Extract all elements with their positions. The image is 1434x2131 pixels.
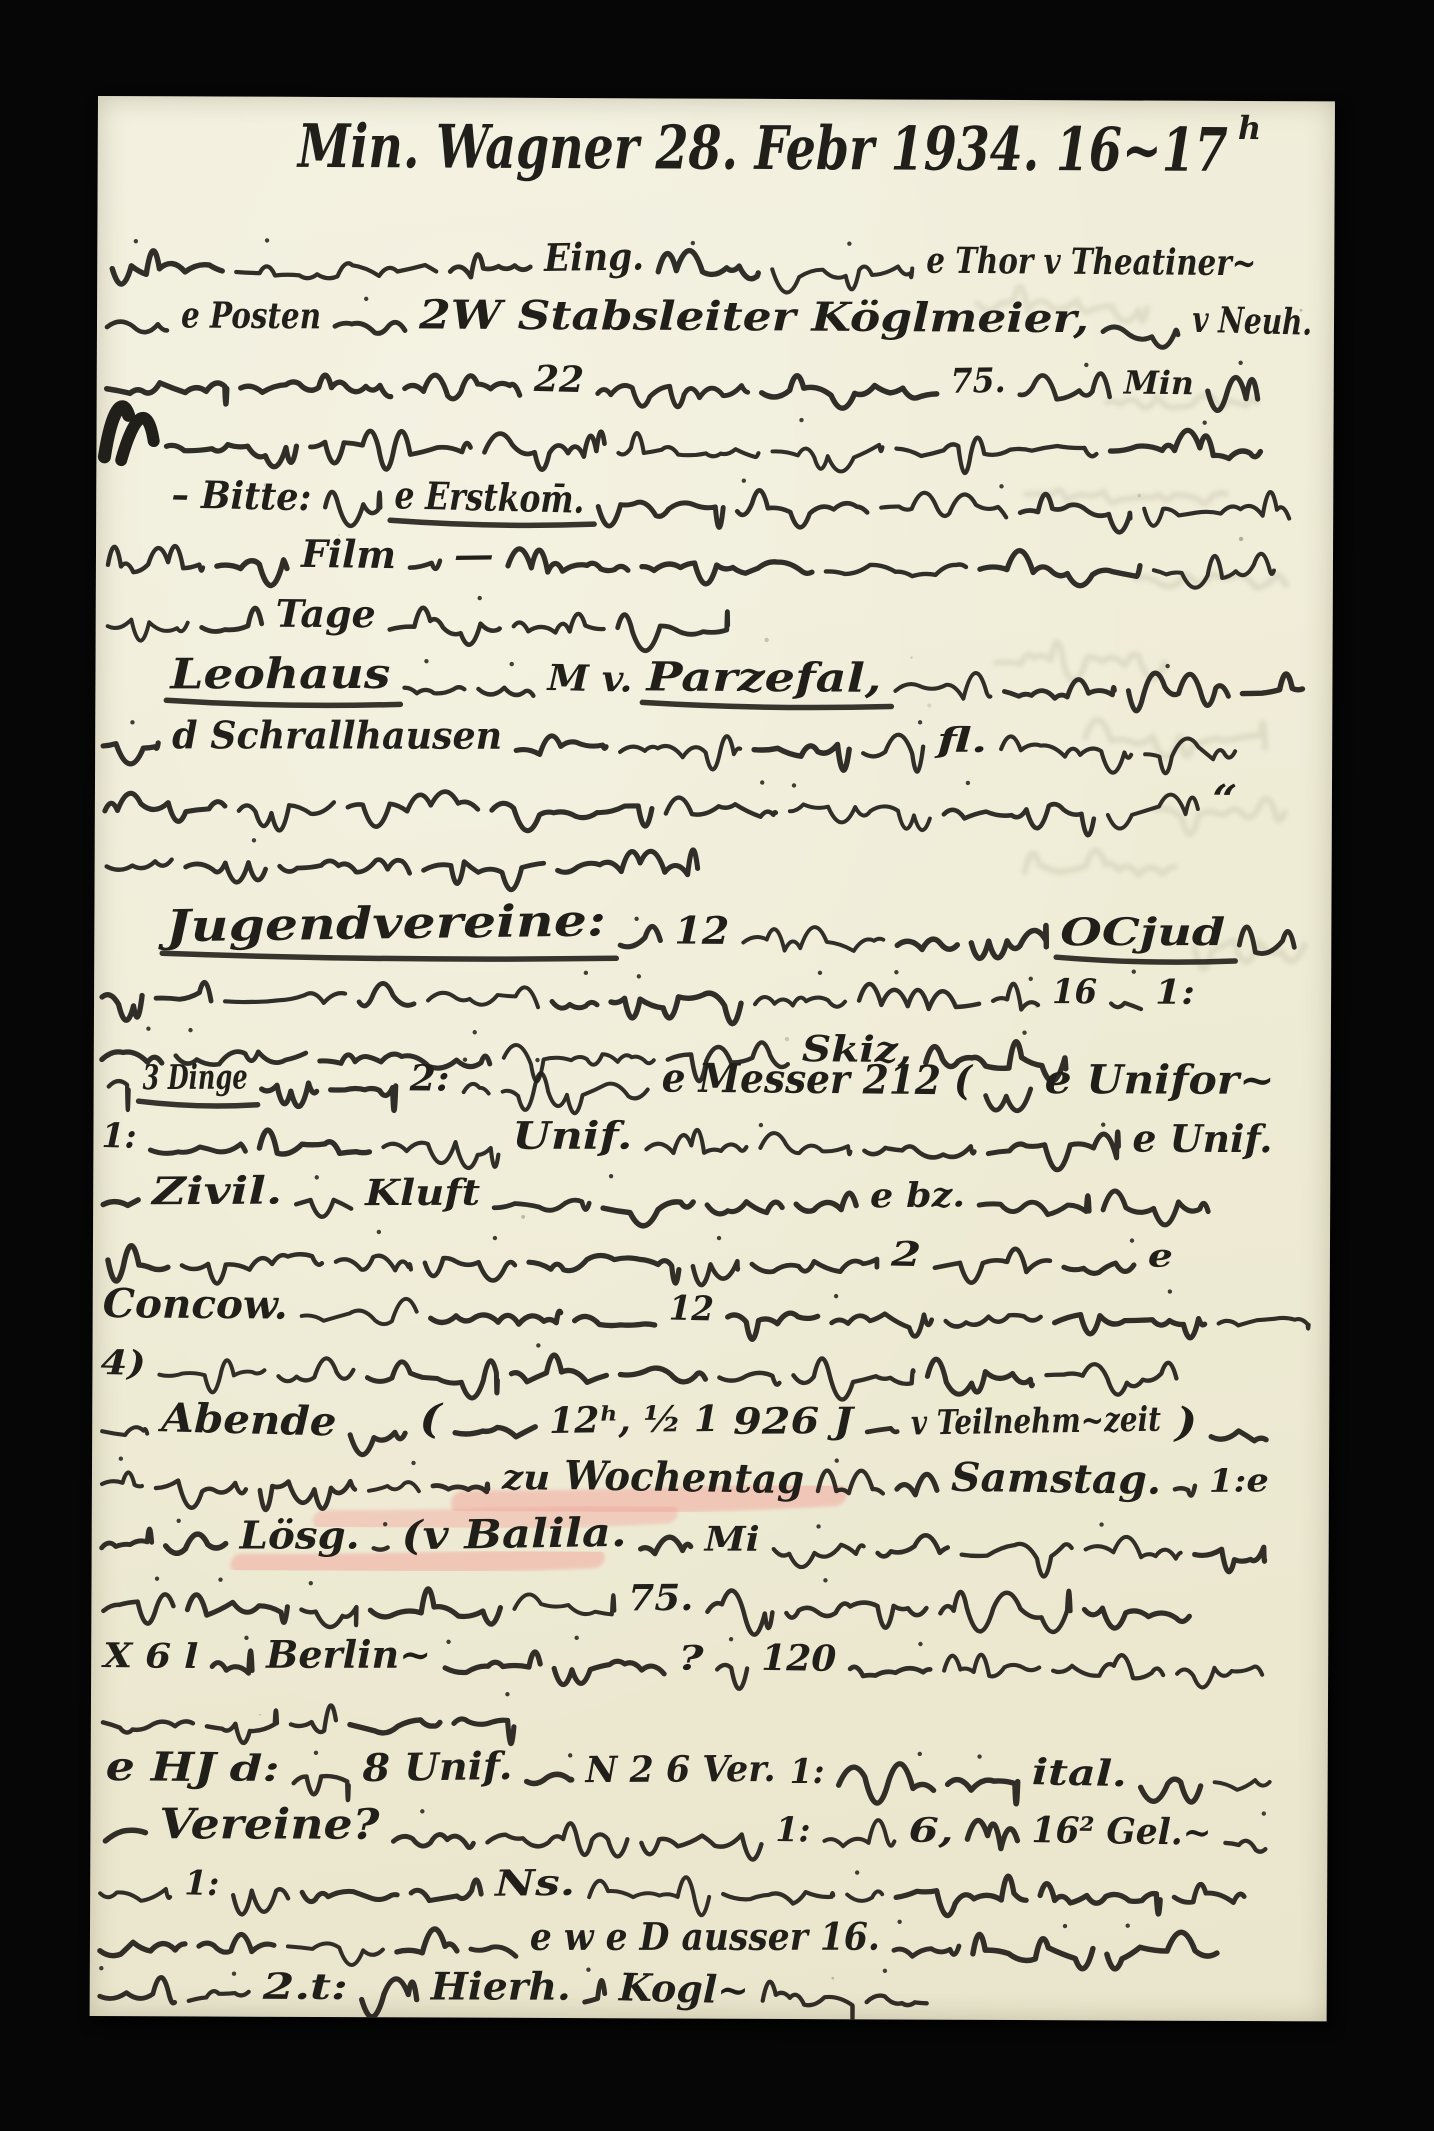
legible-word: Unif. <box>512 1113 632 1158</box>
shorthand-dot <box>918 1752 922 1756</box>
shorthand-scribble <box>503 1073 648 1114</box>
shorthand-scribble <box>881 493 1006 518</box>
legible-word: Jugendvereine: <box>157 895 606 952</box>
shorthand-scribble <box>1046 1362 1176 1395</box>
shorthand-scribble <box>105 1830 145 1841</box>
shorthand-scribble <box>980 550 1140 585</box>
legible-word: Tage <box>276 591 376 636</box>
shorthand-scribble <box>445 1652 540 1673</box>
shorthand-scribble <box>370 1589 500 1625</box>
shorthand-scribble <box>102 1472 142 1486</box>
shorthand-dot <box>823 1578 827 1582</box>
shorthand-scribble <box>641 1834 761 1859</box>
shorthand-dot <box>691 241 695 245</box>
shorthand-scribble <box>707 1202 782 1215</box>
shorthand-scribble <box>455 1426 535 1436</box>
shorthand-dot <box>383 1522 387 1526</box>
paper-speck <box>1300 309 1303 312</box>
shorthand-dot <box>1126 1924 1130 1928</box>
legible-word: Zivil. <box>150 1168 283 1214</box>
shorthand-dot <box>1099 1522 1103 1526</box>
shorthand-dot <box>816 1524 820 1528</box>
legible-word: e Erstkom̄. <box>394 472 585 522</box>
paper-speck <box>264 483 267 486</box>
scan-frame: Min. Wagner 28. Febr 1934. 16~17 h Eing.… <box>0 0 1434 2131</box>
shorthand-scribble <box>529 1255 679 1283</box>
shorthand-dot <box>609 1174 613 1178</box>
shorthand-scribble <box>166 1534 226 1554</box>
shorthand-dot <box>966 781 970 785</box>
legible-word: OCjud <box>1060 909 1225 954</box>
shorthand-scribble <box>1141 1779 1201 1802</box>
manuscript-page: Min. Wagner 28. Febr 1934. 16~17 h Eing.… <box>90 96 1335 2021</box>
legible-word: 8 Unif. <box>361 1743 513 1790</box>
shorthand-scribble <box>262 1083 317 1107</box>
shorthand-dot <box>364 297 368 301</box>
shorthand-dot <box>478 596 482 600</box>
legible-word: 2W Stabsleiter Köglmeier, <box>418 291 1089 342</box>
shorthand-scribble <box>967 1820 1017 1848</box>
shorthand-scribble <box>896 1876 1026 1916</box>
legible-word: e Unif. <box>1132 1116 1272 1162</box>
shorthand-scribble <box>603 1202 693 1226</box>
shorthand-scribble <box>202 608 262 632</box>
legible-word: 75. <box>628 1577 693 1619</box>
legible-word: 1: <box>1155 973 1195 1013</box>
legible-word: N 2 6 Ver. <box>584 1748 775 1791</box>
shorthand-scribble <box>182 1254 322 1284</box>
shorthand-scribble <box>260 1481 355 1510</box>
paper-speck <box>1239 537 1243 541</box>
legible-word: 12 <box>668 1289 714 1330</box>
shorthand-scribble <box>241 375 391 397</box>
shorthand-scribble <box>150 1144 245 1154</box>
shorthand-scribble <box>1219 1318 1309 1329</box>
shorthand-dot <box>834 1294 838 1298</box>
shorthand-scribble <box>796 1193 856 1211</box>
shorthand-scribble <box>940 1590 1070 1632</box>
shorthand-scribble <box>763 1982 853 2022</box>
shorthand-dot <box>130 720 134 724</box>
legible-word: e <box>1148 1237 1173 1275</box>
legible-word: — <box>453 534 494 577</box>
shorthand-scribble <box>464 1084 489 1094</box>
shorthand-scribble <box>863 735 923 772</box>
shorthand-scribble <box>511 1355 606 1383</box>
legible-word: 1: <box>101 1116 137 1157</box>
shorthand-dot <box>760 780 764 784</box>
shorthand-dot <box>1262 1811 1266 1815</box>
shorthand-scribble <box>102 1529 152 1548</box>
shorthand-scribble <box>100 1889 170 1901</box>
shorthand-scribble <box>107 322 167 333</box>
shorthand-dot <box>729 1637 733 1641</box>
shorthand-scribble <box>166 444 296 467</box>
shorthand-scribble <box>585 1980 605 2002</box>
shorthand-scribble <box>217 560 287 586</box>
shorthand-scribble <box>425 1258 515 1281</box>
shorthand-scribble <box>302 1891 397 1902</box>
bold-ink-mark <box>121 418 154 460</box>
legible-word: M v. <box>545 657 633 701</box>
legible-word: Ns. <box>494 1862 576 1905</box>
shorthand-dot <box>1132 970 1136 974</box>
shorthand-scribble <box>847 1891 882 1901</box>
shorthand-scribble <box>552 1001 597 1008</box>
shorthand-scribble <box>1040 1884 1160 1914</box>
shorthand-scribble <box>620 926 660 947</box>
shorthand-scribble <box>404 687 464 694</box>
shorthand-scribble <box>159 1360 264 1393</box>
shorthand-dot <box>855 1870 859 1874</box>
shorthand-dot <box>883 1969 887 1973</box>
shorthand-scribble <box>212 1651 252 1674</box>
shorthand-dot <box>1130 1238 1134 1242</box>
shorthand-scribble <box>719 1373 779 1385</box>
shorthand-dot <box>792 783 796 787</box>
shorthand-dot <box>377 1230 381 1234</box>
shorthand-scribble <box>641 1537 691 1554</box>
legible-word: Samstag. <box>951 1454 1162 1504</box>
shorthand-scribble <box>832 1314 932 1337</box>
shorthand-scribble <box>186 862 266 882</box>
shorthand-dot <box>586 1967 590 1971</box>
shorthand-scribble <box>508 549 628 573</box>
shorthand-scribble <box>878 1535 948 1557</box>
shorthand-dot <box>1238 361 1242 365</box>
shorthand-scribble <box>350 1720 440 1734</box>
shorthand-dot <box>244 1636 248 1640</box>
shorthand-scribble <box>369 1482 419 1491</box>
shorthand-dot <box>999 484 1003 488</box>
shorthand-scribble <box>383 1142 498 1168</box>
paper-speck <box>785 1037 789 1041</box>
legible-word: – Bitte: <box>171 471 312 519</box>
shorthand-scribble <box>102 995 142 1021</box>
shorthand-scribble <box>405 375 520 399</box>
shorthand-scribble <box>156 1480 246 1508</box>
shorthand-dot <box>634 917 638 921</box>
shorthand-scribble <box>666 798 776 817</box>
shorthand-dot <box>535 1058 539 1062</box>
shorthand-dot <box>309 1581 313 1585</box>
legible-word: fl. <box>933 721 987 761</box>
shorthand-dot <box>1063 1924 1067 1928</box>
shorthand-scribble <box>280 859 410 873</box>
shorthand-scribble <box>935 1249 1050 1284</box>
shorthand-scribble <box>291 1705 336 1732</box>
shorthand-scribble <box>199 1934 274 1952</box>
paper-speck <box>831 1977 834 1980</box>
shorthand-scribble <box>1215 1780 1270 1790</box>
shorthand-scribble <box>296 1200 351 1217</box>
shorthand-dot <box>799 418 803 422</box>
shorthand-scribble <box>575 1316 655 1325</box>
shorthand-scribble <box>1174 1884 1244 1902</box>
shorthand-scribble <box>1208 377 1258 410</box>
shorthand-scribble <box>239 802 334 831</box>
shorthand-scribble <box>646 1130 746 1154</box>
shorthand-scribble <box>411 1880 481 1901</box>
shorthand-dot <box>493 1236 497 1240</box>
shorthand-scribble <box>896 437 1096 473</box>
shorthand-scribble <box>103 1721 193 1733</box>
shorthand-scribble <box>335 322 405 333</box>
shorthand-scribble <box>103 1200 138 1206</box>
shorthand-scribble <box>189 1991 249 2001</box>
paper-speck <box>521 1215 525 1219</box>
legible-word: 2: <box>409 1057 450 1099</box>
legible-word: 3 Dinge <box>142 1057 247 1098</box>
legible-word: X 6 l <box>101 1636 199 1677</box>
legible-word: ) <box>1173 1399 1198 1446</box>
legible-word: Mi <box>704 1520 760 1560</box>
shorthand-scribble <box>962 1544 1072 1577</box>
shorthand-dot <box>759 1123 763 1127</box>
shorthand-dot <box>1029 977 1033 981</box>
shorthand-dot <box>584 971 588 975</box>
legible-word: Hierh. <box>430 1963 571 2008</box>
shorthand-scribble <box>516 736 606 755</box>
shorthand-scribble <box>278 1358 353 1381</box>
shorthand-scribble <box>207 1710 277 1743</box>
paper-speck <box>1035 1004 1039 1008</box>
shorthand-dot <box>1084 363 1088 367</box>
shorthand-scribble <box>867 1996 927 2006</box>
shorthand-dot <box>847 241 851 245</box>
shorthand-scribble <box>895 673 990 699</box>
shorthand-scribble <box>109 1081 129 1110</box>
bleed-through-mark <box>1026 490 1226 504</box>
shorthand-dot <box>1101 1122 1105 1126</box>
shorthand-scribble <box>105 793 225 821</box>
shorthand-scribble <box>1177 1666 1262 1687</box>
shorthand-scribble <box>288 1943 383 1965</box>
shorthand-scribble <box>527 1774 572 1783</box>
shorthand-scribble <box>760 1133 850 1154</box>
shorthand-scribble <box>410 561 440 569</box>
shorthand-scribble <box>331 1086 396 1111</box>
shorthand-scribble <box>897 939 957 950</box>
shorthand-scribble <box>611 993 741 1024</box>
legible-word: v Neuh. <box>1192 299 1313 344</box>
shorthand-dot <box>1168 1289 1172 1293</box>
shorthand-scribble <box>986 1089 1031 1111</box>
shorthand-dot <box>473 1030 477 1034</box>
word-underline <box>139 1101 258 1106</box>
shorthand-dot <box>637 974 641 978</box>
shorthand-scribble <box>108 1246 168 1282</box>
shorthand-dot <box>574 1636 578 1640</box>
word-underline <box>162 953 616 959</box>
shorthand-scribble <box>755 997 845 1007</box>
legible-word: ? <box>678 1639 705 1680</box>
shorthand-dot <box>835 1458 839 1462</box>
shorthand-scribble <box>236 263 436 279</box>
shorthand-scribble <box>302 1298 417 1324</box>
legible-word: 1:e <box>1209 1461 1269 1500</box>
shorthand-scribble <box>772 266 912 293</box>
shorthand-dot <box>717 1236 721 1240</box>
shorthand-scribble <box>367 1360 497 1398</box>
shorthand-scribble <box>754 744 849 770</box>
shorthand-scribble <box>103 743 158 764</box>
legible-word: Wochentag <box>564 1452 805 1503</box>
shorthand-scribble <box>894 1946 959 1957</box>
shorthand-scribble <box>707 1590 772 1634</box>
shorthand-scribble <box>723 1892 833 1904</box>
shorthand-scribble <box>1103 327 1178 348</box>
shorthand-dot <box>315 1175 319 1179</box>
shorthand-scribble <box>1086 1537 1181 1559</box>
shorthand-scribble <box>103 1594 173 1624</box>
shorthand-scribble <box>107 859 172 870</box>
shorthand-dot <box>894 970 898 974</box>
bleed-through-mark <box>1025 850 1175 875</box>
shorthand-dot <box>411 1461 415 1465</box>
shorthand-dot <box>818 971 822 975</box>
shorthand-scribble <box>294 1776 349 1800</box>
shorthand-dot <box>265 238 269 242</box>
legible-word: zu <box>501 1458 551 1499</box>
shorthand-scribble <box>979 1195 1089 1215</box>
shorthand-dot <box>1022 1030 1026 1034</box>
shorthand-scribble <box>1211 1431 1266 1441</box>
legible-word: 1: <box>775 1810 811 1851</box>
shorthand-scribble <box>478 688 533 696</box>
legible-word: d Schrallhausen <box>172 712 502 757</box>
shorthand-scribble <box>839 1764 934 1804</box>
shorthand-scribble <box>310 431 470 470</box>
bleed-through-mark <box>1136 574 1286 588</box>
shorthand-scribble <box>487 1823 627 1857</box>
shorthand-scribble <box>112 251 222 285</box>
legible-word: e Thor v Theatiner~ <box>926 240 1256 285</box>
paper-speck <box>1137 494 1141 498</box>
shorthand-dot <box>99 1966 103 1970</box>
legible-word: 1: <box>184 1863 220 1904</box>
shorthand-scribble <box>454 1719 514 1744</box>
bleed-through-mark <box>995 642 1165 681</box>
shorthand-scribble <box>793 1358 913 1399</box>
legible-word: 120 <box>761 1637 837 1680</box>
shorthand-scribble <box>944 804 1094 835</box>
legible-word: e HJ <box>106 1743 220 1791</box>
legible-word: Min <box>1123 363 1194 402</box>
shorthand-scribble <box>790 804 930 830</box>
legible-word: 926 J <box>733 1400 856 1443</box>
shorthand-scribble <box>973 1934 1093 1968</box>
shorthand-scribble <box>1110 430 1260 459</box>
shorthand-dot <box>1202 421 1206 425</box>
shorthand-scribble <box>554 1661 664 1685</box>
shorthand-scribble <box>948 1780 1018 1804</box>
shorthand-scribble <box>514 1594 614 1614</box>
shorthand-dot <box>510 662 514 666</box>
legible-word: 12ʰ, ½ 1 <box>549 1398 719 1442</box>
shorthand-scribble <box>1055 1314 1205 1337</box>
shorthand-dot <box>897 1920 901 1924</box>
shorthand-scribble <box>301 1607 356 1627</box>
shorthand-scribble <box>927 1359 1032 1394</box>
legible-word: Eing. <box>543 233 645 280</box>
shorthand-scribble <box>359 983 414 1006</box>
shorthand-scribble <box>424 862 544 890</box>
handwriting-layer: Min. Wagner 28. Febr 1934. 16~17 h Eing.… <box>90 96 1335 2021</box>
shorthand-scribble <box>336 1255 411 1270</box>
shorthand-scribble <box>393 1834 473 1847</box>
shorthand-scribble <box>100 1977 175 2003</box>
shorthand-scribble <box>492 803 652 831</box>
legible-word: Leohaus <box>169 649 390 698</box>
shorthand-scribble <box>187 1595 287 1623</box>
shorthand-scribble <box>325 492 380 526</box>
shorthand-scribble <box>598 502 723 527</box>
legible-word: Abende <box>157 1394 337 1445</box>
shorthand-dot <box>252 838 256 842</box>
legible-word: 22 <box>533 358 585 401</box>
shorthand-scribble <box>1175 1486 1195 1496</box>
legible-word: Kogl~ <box>617 1964 749 2012</box>
shorthand-scribble <box>504 1045 654 1082</box>
shorthand-scribble <box>450 254 530 277</box>
shorthand-dot <box>188 1028 192 1032</box>
legible-word: 4) <box>100 1343 146 1384</box>
shorthand-scribble <box>1107 1932 1217 1969</box>
legible-word: 2 <box>889 1234 921 1275</box>
shorthand-scribble <box>589 1877 709 1915</box>
shorthand-scribble <box>494 1200 589 1211</box>
shorthand-scribble <box>859 984 979 1009</box>
shorthand-scribble <box>867 1428 897 1432</box>
shorthand-scribble <box>1064 1263 1134 1274</box>
shorthand-scribble <box>642 561 812 584</box>
shorthand-scribble <box>752 1258 877 1272</box>
shorthand-scribble <box>100 1942 185 1956</box>
shorthand-scribble <box>618 611 728 651</box>
shorthand-dot <box>536 1343 540 1347</box>
shorthand-scribble <box>362 1979 417 2017</box>
shorthand-dot <box>918 720 922 724</box>
shorthand-scribble <box>397 1929 457 1953</box>
shorthand-scribble <box>737 490 867 527</box>
shorthand-scribble <box>558 849 698 874</box>
shorthand-scribble <box>514 614 604 633</box>
shorthand-scribble <box>618 433 758 457</box>
ink-layer: Min. Wagner 28. Febr 1934. 16~17 h Eing.… <box>97 104 1314 2021</box>
shorthand-dot <box>232 1972 236 1976</box>
legible-word: 16² Gel.~ <box>1031 1809 1212 1854</box>
legible-word: ( <box>419 1395 444 1442</box>
shorthand-dot <box>505 1692 509 1696</box>
paper-speck <box>218 801 222 805</box>
shorthand-scribble <box>390 608 500 645</box>
shorthand-scribble <box>743 927 883 951</box>
shorthand-scribble <box>1084 1608 1189 1628</box>
shorthand-scribble <box>1111 1003 1141 1009</box>
legible-word: Lösg. <box>239 1513 360 1558</box>
paper-speck <box>927 704 931 708</box>
shorthand-dot <box>218 1577 222 1581</box>
shorthand-scribble <box>108 546 203 573</box>
paper-speck <box>764 638 768 642</box>
shorthand-scribble <box>484 431 604 470</box>
shorthand-scribble <box>1020 373 1110 399</box>
legible-word: 75. <box>950 361 1006 402</box>
shorthand-dot <box>134 239 138 243</box>
legible-word: v Teilnehm~zeit <box>911 1400 1162 1444</box>
shorthand-scribble <box>428 987 538 1007</box>
